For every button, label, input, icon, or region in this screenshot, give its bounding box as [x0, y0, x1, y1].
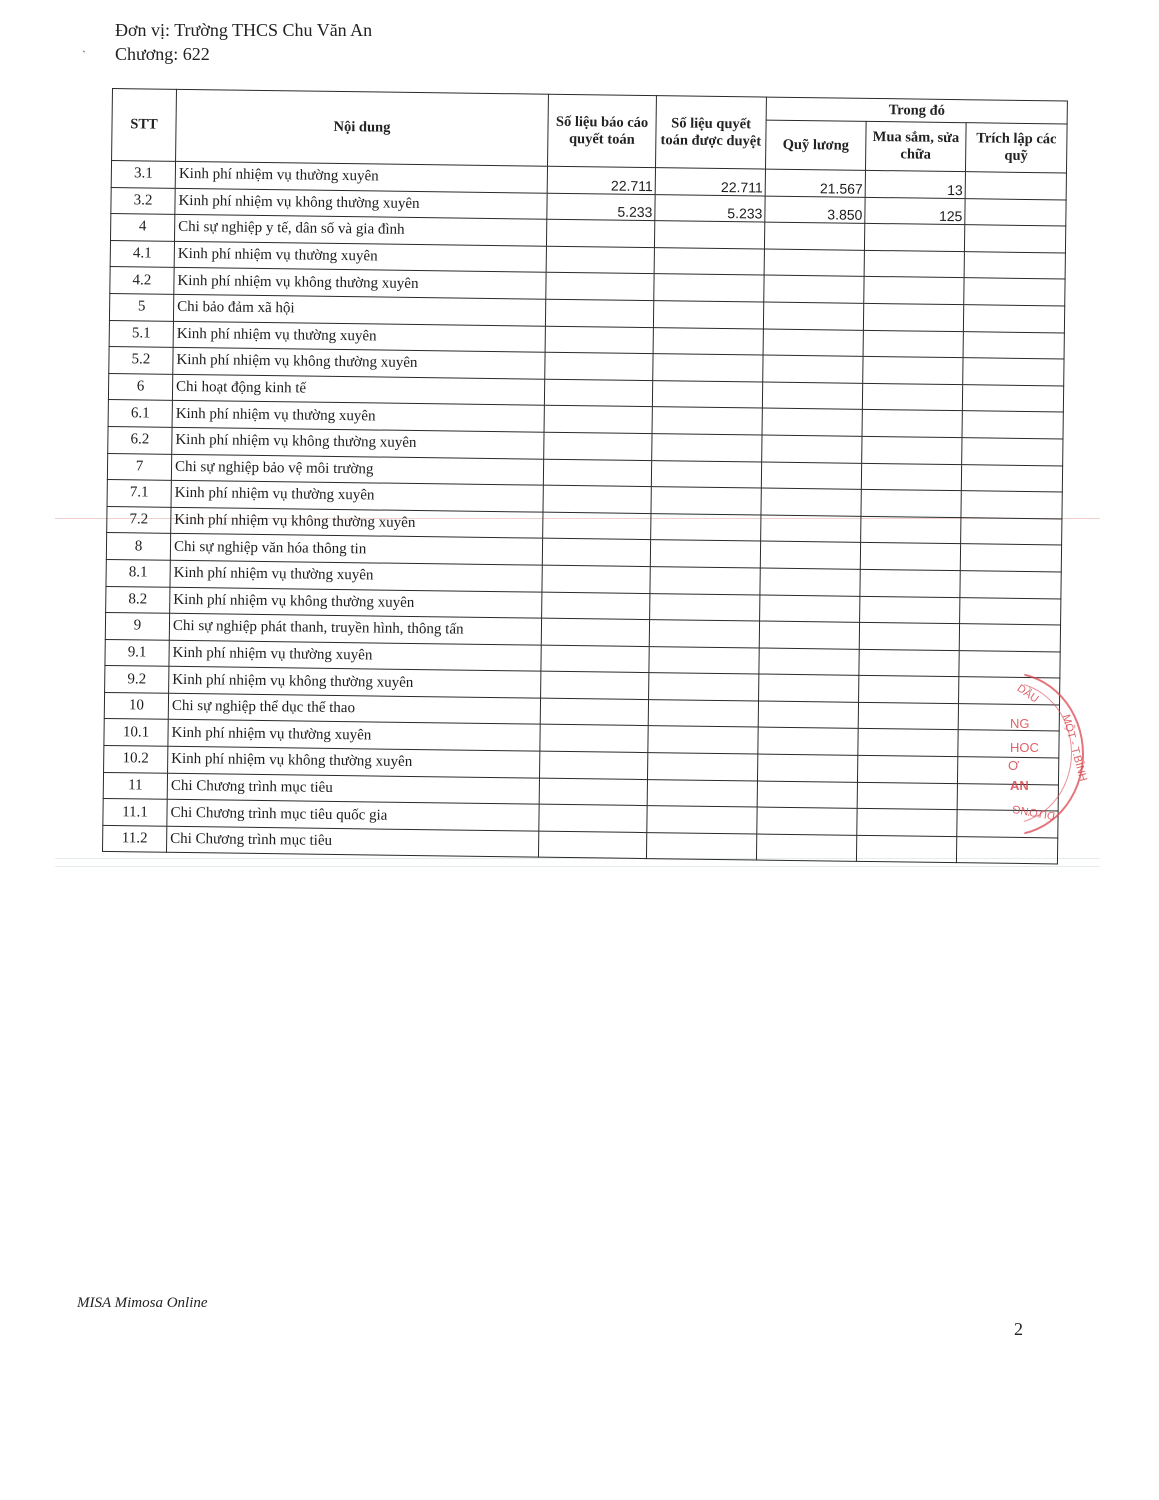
cell-approved-value [648, 726, 758, 754]
column-header-report: Số liệu báo cáo quyết toán [548, 94, 657, 167]
cell-salary-value [761, 488, 861, 516]
cell-report-value [540, 725, 648, 753]
cell-stt: 11.1 [103, 799, 167, 826]
cell-fund-value [960, 597, 1061, 625]
cell-stt: 10.1 [104, 719, 168, 746]
cell-report-value: 22.711 [547, 166, 655, 194]
cell-report-value [541, 618, 649, 646]
cell-stt: 11 [103, 772, 167, 799]
cell-report-value [543, 485, 651, 513]
cell-stt: 10 [104, 692, 168, 719]
cell-salary-value [764, 249, 864, 277]
seal-line-1: NG [1010, 716, 1030, 731]
cell-purchase-value [864, 277, 964, 305]
cell-purchase-value [860, 596, 960, 624]
cell-fund-value [965, 198, 1066, 226]
cell-report-value [546, 246, 654, 274]
cell-salary-value [762, 382, 862, 410]
cell-fund-value [962, 411, 1063, 439]
cell-salary-value [756, 834, 856, 862]
cell-approved-value [649, 620, 759, 648]
cell-report-value [543, 512, 651, 540]
cell-purchase-value [860, 569, 960, 597]
scan-mark: ` [82, 48, 86, 63]
cell-approved-value [646, 832, 756, 860]
cell-purchase-value [864, 224, 964, 252]
column-header-approved: Số liệu quyết toán được duyệt [656, 96, 767, 169]
cell-purchase-value [857, 809, 957, 837]
unit-name: Đơn vị: Trường THCS Chu Văn An [115, 20, 372, 41]
cell-fund-value [959, 624, 1060, 652]
column-header-stt: STT [112, 89, 177, 162]
cell-stt: 11.2 [103, 825, 167, 852]
cell-fund-value [963, 331, 1064, 359]
seal-line-2: HOC [1010, 740, 1039, 755]
cell-purchase-value [861, 463, 961, 491]
cell-stt: 8.1 [106, 559, 170, 586]
cell-report-value [546, 273, 654, 301]
cell-report-value [539, 804, 647, 832]
cell-purchase-value [859, 676, 959, 704]
column-header-purchase: Mua sắm, sửa chữa [865, 121, 966, 171]
cell-approved-value [649, 646, 759, 674]
cell-salary-value [760, 541, 860, 569]
cell-purchase-value: 125 [865, 197, 965, 225]
cell-fund-value [961, 491, 1062, 519]
cell-stt: 4.1 [110, 240, 174, 267]
cell-purchase-value [863, 303, 963, 331]
cell-stt: 6.2 [108, 426, 172, 453]
cell-approved-value [648, 699, 758, 727]
cell-fund-value [964, 251, 1065, 279]
footer-software-brand: MISA Mimosa Online [77, 1295, 208, 1312]
cell-fund-value [960, 544, 1061, 572]
cell-salary-value [758, 727, 858, 755]
cell-report-value [542, 565, 650, 593]
cell-stt: 9.2 [105, 666, 169, 693]
cell-salary-value [760, 568, 860, 596]
cell-approved-value [647, 753, 757, 781]
cell-salary-value [757, 781, 857, 809]
seal-line-3: Ơ [1008, 758, 1019, 773]
cell-stt: 5 [109, 293, 173, 320]
cell-purchase-value [862, 410, 962, 438]
cell-stt: 6.1 [108, 400, 172, 427]
cell-report-value [538, 831, 646, 859]
cell-stt: 5.2 [109, 347, 173, 374]
cell-fund-value [960, 571, 1061, 599]
page-number: 2 [1014, 1319, 1023, 1340]
cell-purchase-value: 13 [865, 170, 965, 198]
cell-approved-value [653, 301, 763, 329]
cell-approved-value [653, 327, 763, 355]
cell-stt: 4 [111, 214, 175, 241]
cell-stt: 8.2 [106, 586, 170, 613]
cell-salary-value [759, 648, 859, 676]
cell-purchase-value [856, 835, 956, 863]
cell-salary-value [762, 435, 862, 463]
cell-salary-value [763, 329, 863, 357]
cell-purchase-value [859, 649, 959, 677]
cell-stt: 8 [106, 533, 170, 560]
cell-report-value [541, 671, 649, 699]
cell-salary-value [761, 462, 861, 490]
cell-salary-value [761, 515, 861, 543]
cell-report-value [545, 326, 653, 354]
cell-purchase-value [860, 543, 960, 571]
cell-fund-value [964, 278, 1065, 306]
cell-report-value: 5.233 [547, 193, 655, 221]
cell-salary-value [758, 701, 858, 729]
cell-salary-value [759, 621, 859, 649]
cell-report-value [546, 219, 654, 247]
cell-salary-value [760, 595, 860, 623]
cell-stt: 7.1 [107, 480, 171, 507]
cell-report-value [543, 459, 651, 487]
cell-purchase-value [858, 729, 958, 757]
cell-fund-value [956, 836, 1057, 864]
cell-report-value [540, 698, 648, 726]
cell-fund-value [963, 358, 1064, 386]
cell-approved-value [652, 407, 762, 435]
cell-purchase-value [864, 250, 964, 278]
budget-settlement-table-wrapper: STT Nội dung Số liệu báo cáo quyết toán … [102, 88, 1067, 865]
column-header-fund: Trích lập các quỹ [965, 123, 1067, 173]
cell-purchase-value [862, 436, 962, 464]
cell-purchase-value [863, 357, 963, 385]
cell-report-value [544, 379, 652, 407]
cell-approved-value [647, 806, 757, 834]
cell-salary-value [763, 302, 863, 330]
cell-purchase-value [861, 489, 961, 517]
cell-approved-value [654, 247, 764, 275]
cell-fund-value [959, 650, 1060, 678]
cell-purchase-value [861, 516, 961, 544]
cell-salary-value [759, 674, 859, 702]
cell-salary-value [764, 222, 864, 250]
budget-settlement-table: STT Nội dung Số liệu báo cáo quyết toán … [102, 88, 1068, 865]
cell-stt: 3.2 [111, 187, 175, 214]
cell-purchase-value [858, 702, 958, 730]
cell-salary-value [757, 754, 857, 782]
cell-report-value [541, 645, 649, 673]
cell-stt: 9 [105, 613, 169, 640]
column-header-salary: Quỹ lương [765, 120, 866, 170]
cell-fund-value [962, 438, 1063, 466]
cell-report-value [539, 778, 647, 806]
cell-stt: 5.1 [109, 320, 173, 347]
cell-report-value [544, 432, 652, 460]
column-header-content: Nội dung [176, 89, 549, 166]
cell-fund-value [964, 225, 1065, 253]
cell-stt: 10.2 [104, 746, 168, 773]
cell-purchase-value [857, 782, 957, 810]
cell-content: Chi Chương trình mục tiêu [166, 826, 538, 857]
cell-report-value [540, 751, 648, 779]
cell-fund-value [961, 517, 1062, 545]
cell-report-value [542, 592, 650, 620]
cell-approved-value [647, 779, 757, 807]
cell-purchase-value [862, 383, 962, 411]
cell-salary-value [764, 275, 864, 303]
cell-report-value [545, 352, 653, 380]
cell-salary-value: 21.567 [765, 169, 865, 197]
cell-approved-value: 22.711 [655, 168, 765, 196]
cell-salary-value [763, 355, 863, 383]
cell-report-value [542, 538, 650, 566]
cell-stt: 7.2 [107, 506, 171, 533]
cell-stt: 3.1 [111, 161, 175, 188]
cell-approved-value: 5.233 [655, 194, 765, 222]
cell-approved-value [654, 221, 764, 249]
cell-purchase-value [857, 755, 957, 783]
cell-approved-value [650, 593, 760, 621]
cell-stt: 4.2 [110, 267, 174, 294]
cell-approved-value [652, 380, 762, 408]
cell-purchase-value [863, 330, 963, 358]
cell-report-value [544, 406, 652, 434]
cell-stt: 7 [107, 453, 171, 480]
cell-stt: 6 [108, 373, 172, 400]
chapter-code: Chương: 622 [115, 44, 210, 65]
scan-artifact-line [55, 866, 1100, 867]
cell-approved-value [649, 673, 759, 701]
cell-report-value [545, 299, 653, 327]
cell-fund-value [963, 305, 1064, 333]
cell-approved-value [651, 460, 761, 488]
cell-approved-value [650, 540, 760, 568]
cell-salary-value [757, 807, 857, 835]
cell-approved-value [651, 487, 761, 515]
cell-salary-value: 3.850 [765, 196, 865, 224]
cell-approved-value [650, 566, 760, 594]
cell-fund-value [961, 464, 1062, 492]
table-body: 3.1Kinh phí nhiệm vụ thường xuyên22.7112… [103, 161, 1067, 865]
cell-stt: 9.1 [105, 639, 169, 666]
cell-purchase-value [859, 622, 959, 650]
cell-approved-value [654, 274, 764, 302]
cell-approved-value [652, 434, 762, 462]
seal-line-4: AN [1010, 778, 1029, 793]
cell-approved-value [653, 354, 763, 382]
cell-fund-value [962, 384, 1063, 412]
cell-approved-value [651, 513, 761, 541]
cell-salary-value [762, 408, 862, 436]
cell-fund-value [965, 172, 1066, 200]
